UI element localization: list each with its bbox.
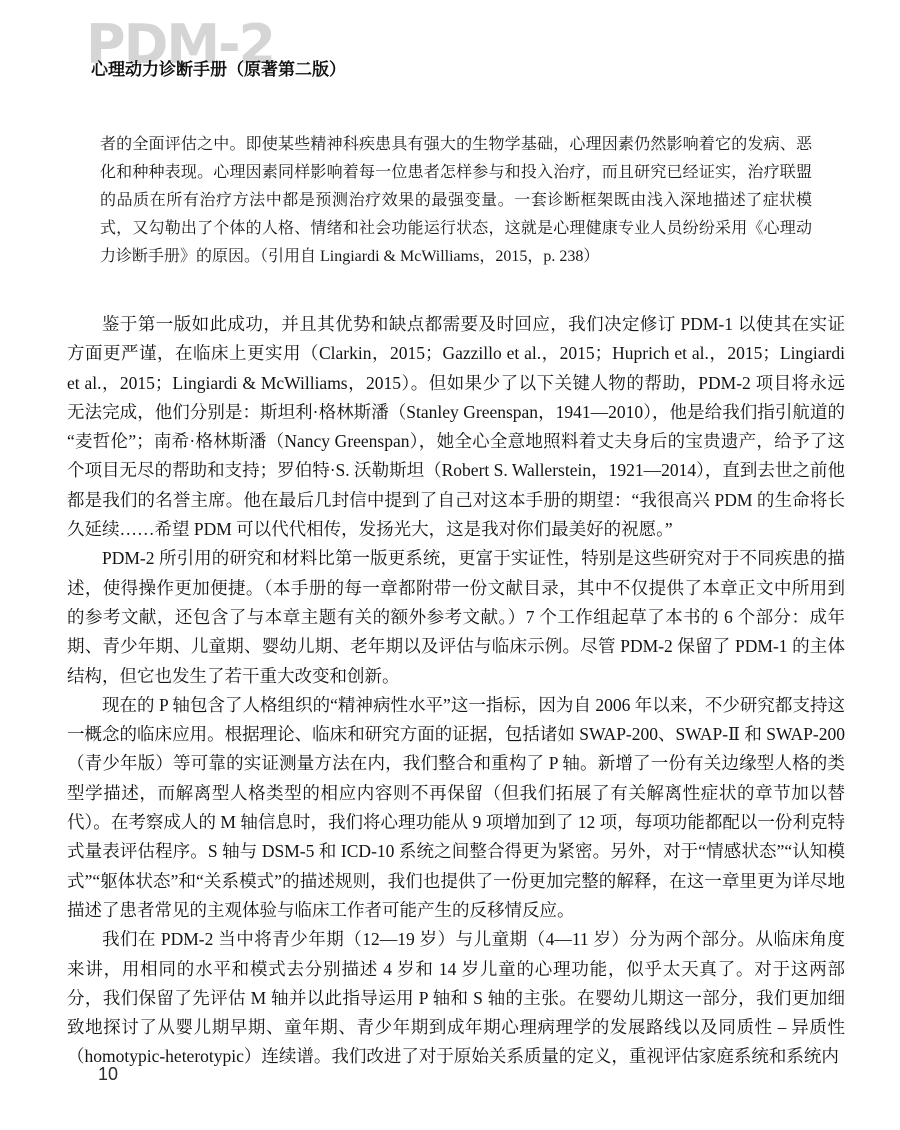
block-quote: 者的全面评估之中。即使某些精神科疾患具有强大的生物学基础，心理因素仍然影响着它的… bbox=[100, 131, 812, 271]
book-page: PDM-2 心理动力诊断手册（原著第二版） 者的全面评估之中。即使某些精神科疾患… bbox=[0, 0, 900, 1130]
page-body: 者的全面评估之中。即使某些精神科疾患具有强大的生物学基础，心理因素仍然影响着它的… bbox=[67, 131, 845, 1072]
body-paragraph: 现在的 P 轴包含了人格组织的“精神病性水平”这一指标，因为自 2006 年以来… bbox=[67, 691, 845, 925]
body-paragraph: PDM-2 所引用的研究和材料比第一版更系统，更富于实证性，特别是这些研究对于不… bbox=[67, 544, 845, 690]
body-paragraph: 我们在 PDM-2 当中将青少年期（12—19 岁）与儿童期（4—11 岁）分为… bbox=[67, 925, 845, 1071]
page-number: 10 bbox=[98, 1064, 118, 1085]
running-head-book-title: 心理动力诊断手册（原著第二版） bbox=[91, 59, 346, 81]
body-paragraph: 鉴于第一版如此成功，并且其优势和缺点都需要及时回应，我们决定修订 PDM-1 以… bbox=[67, 310, 845, 544]
